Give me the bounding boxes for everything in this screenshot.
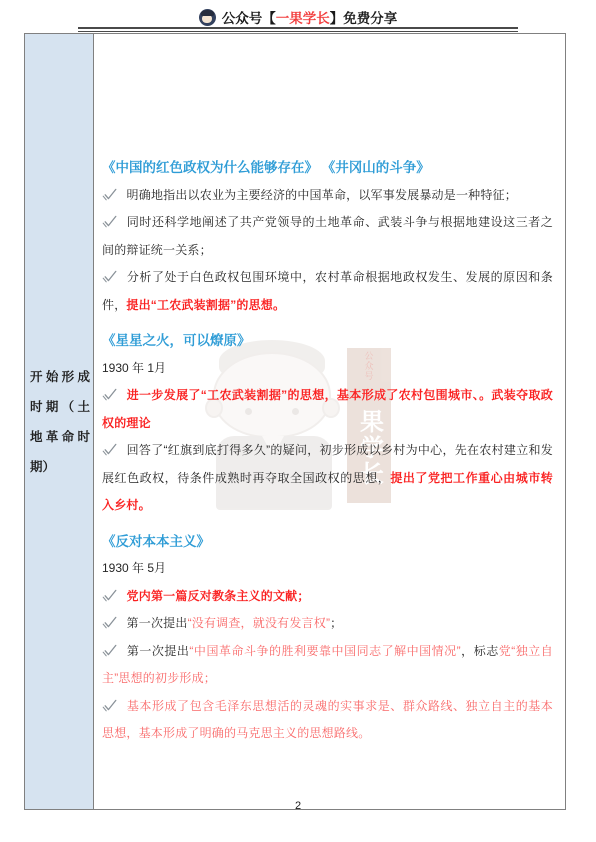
- header-title: 公众号【一果学长】免费分享: [222, 7, 398, 27]
- bullet-item: 基本形成了包含毛泽东思想活的灵魂的实事求是、群众路线、独立自主的基本思想，基本形…: [102, 693, 553, 748]
- text-run: 基本形成了包含毛泽东思想活的灵魂的实事求是、群众路线、独立自主的基本思想，基本形…: [102, 699, 553, 741]
- avatar-hair: [201, 10, 214, 16]
- bullet-item: 回答了“红旗到底打得多久”的疑问，初步形成以乡村为中心，先在农村建立和发展红色政…: [102, 437, 553, 520]
- check-icon: [102, 616, 117, 629]
- section-date: 1930 年 1月: [102, 355, 553, 383]
- section: 《中国的红色政权为什么能够存在》 《井冈山的斗争》 明确地指出以农业为主要经济的…: [102, 154, 553, 319]
- bullet-item: 同时还科学地阐述了共产党领导的土地革命、武装斗争与根据地建设这三者之间的辩证统一…: [102, 209, 553, 264]
- content-cell: 《中国的红色政权为什么能够存在》 《井冈山的斗争》 明确地指出以农业为主要经济的…: [94, 34, 565, 809]
- text-run: 明确地指出以农业为主要经济的中国革命，以军事发展暴动是一种特征；: [127, 188, 517, 202]
- notes-table: 开始形成时期（土地革命时期） 《中国的红色政权为什么能够存在》 《井冈山的斗争》…: [24, 33, 566, 810]
- bullet-item: 党内第一篇反对教条主义的文献；: [102, 583, 553, 611]
- text-run: “没有调查，就没有发言权”: [188, 616, 331, 630]
- check-icon: [102, 388, 117, 401]
- section-title: 《中国的红色政权为什么能够存在》 《井冈山的斗争》: [102, 154, 553, 182]
- text-run: 党内第一篇反对教条主义的文献；: [127, 589, 310, 603]
- bullet-item: 分析了处于白色政权包围环境中，农村革命根据地政权发生、发展的原因和条件，提出“工…: [102, 264, 553, 319]
- check-icon: [102, 188, 117, 201]
- content-sections: 《中国的红色政权为什么能够存在》 《井冈山的斗争》 明确地指出以农业为主要经济的…: [102, 154, 553, 748]
- section-date: 1930 年 5月: [102, 555, 553, 583]
- check-icon: [102, 589, 117, 602]
- check-icon: [102, 215, 117, 228]
- text-run: 同时还科学地阐述了共产党领导的土地革命、武装斗争与根据地建设这三者之间的辩证统一…: [102, 215, 553, 257]
- text-run: 提出“工农武装割据”的思想。: [126, 298, 285, 312]
- bullet-item: 第一次提出“中国革命斗争的胜利要靠中国同志了解中国情况”，标志党“独立自主”思想…: [102, 638, 553, 693]
- header-brand: 一果学长: [276, 11, 330, 26]
- section-title: 《星星之火，可以燎原》: [102, 327, 553, 355]
- section: 《反对本本主义》1930 年 5月 党内第一篇反对教条主义的文献； 第一次提出“…: [102, 528, 553, 748]
- bullet-item: 进一步发展了“工农武装割据”的思想，基本形成了农村包围城市、。武装夺取政权的理论: [102, 382, 553, 437]
- header-title-suffix: 】免费分享: [330, 11, 398, 26]
- text-run: ，标志: [461, 644, 499, 658]
- text-run: 第一次提出: [127, 616, 188, 630]
- text-run: ；: [330, 616, 342, 630]
- page-canvas: 公众号【一果学长】免费分享 公众号 一果学长 开始形成时期（土地革命时期） 《中…: [0, 0, 596, 842]
- page-header: 公众号【一果学长】免费分享: [0, 6, 596, 28]
- check-icon: [102, 270, 117, 283]
- page-number: 2: [0, 800, 596, 812]
- bullet-item: 第一次提出“没有调查，就没有发言权”；: [102, 610, 553, 638]
- section-title: 《反对本本主义》: [102, 528, 553, 556]
- text-run: “中国革命斗争的胜利要靠中国同志了解中国情况”: [189, 644, 460, 658]
- text-run: 第一次提出: [127, 644, 190, 658]
- text-run: 进一步发展了“工农武装割据”的思想，基本形成了农村包围城市、。武装夺取政权的理论: [102, 388, 553, 430]
- period-label: 开始形成时期（土地革命时期）: [25, 362, 93, 482]
- check-icon: [102, 644, 117, 657]
- section: 《星星之火，可以燎原》1930 年 1月 进一步发展了“工农武装割据”的思想，基…: [102, 327, 553, 520]
- header-title-prefix: 公众号【: [222, 11, 276, 26]
- bullet-item: 明确地指出以农业为主要经济的中国革命，以军事发展暴动是一种特征；: [102, 182, 553, 210]
- header-rule: [78, 27, 518, 32]
- wechat-avatar-icon: [199, 9, 216, 26]
- period-label-cell: 开始形成时期（土地革命时期）: [25, 34, 94, 809]
- check-icon: [102, 443, 117, 456]
- check-icon: [102, 699, 117, 712]
